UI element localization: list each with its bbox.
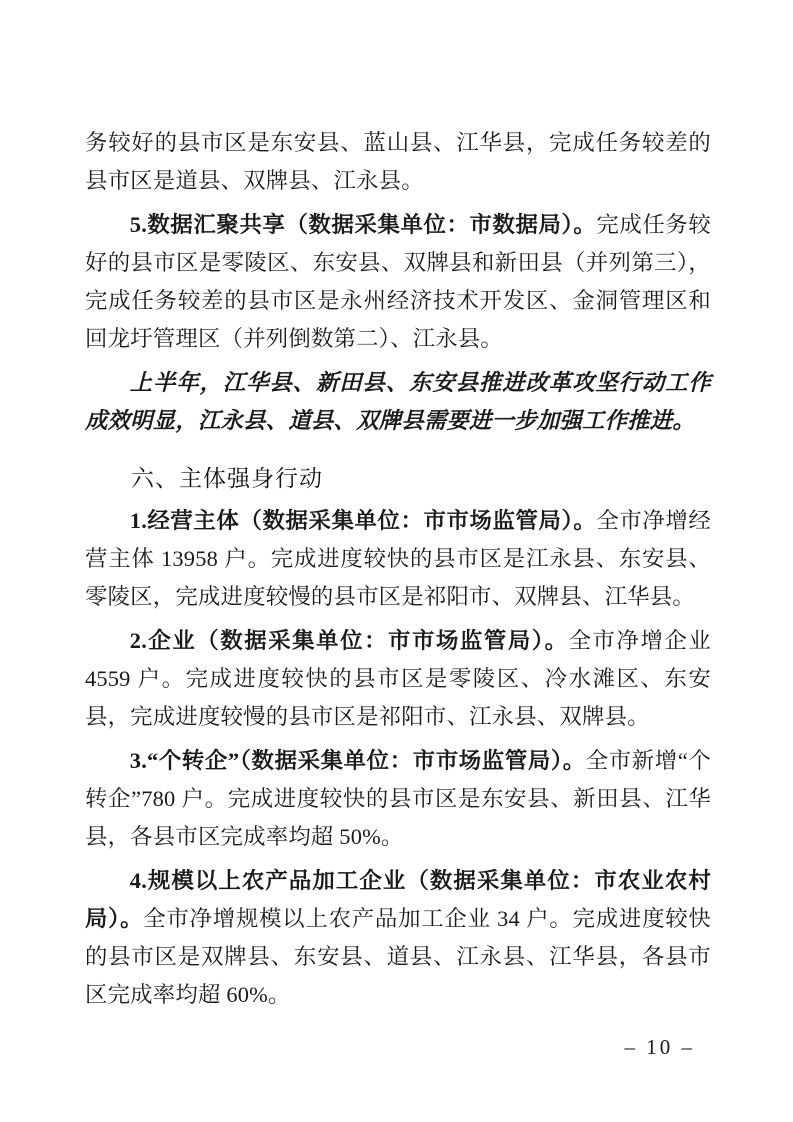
paragraph-carryover: 务较好的县市区是东安县、蓝山县、江华县，完成任务较差的县市区是道县、双牌县、江永… [85, 124, 711, 200]
section-heading-text: 六、主体强身行动 [131, 466, 323, 492]
item-lead-in-bold: 1.经营主体（数据采集单位：市市场监管局）。 [130, 508, 597, 533]
paragraph-text: 全市净增规模以上农产品加工企业 34 户。完成进度较快的县市区是双牌县、东安县、… [85, 906, 711, 1007]
item-lead-in-bold: 5.数据汇聚共享（数据采集单位：市数据局）。 [130, 212, 597, 237]
page-number: – 10 – [625, 1035, 696, 1059]
document-body: 务较好的县市区是东安县、蓝山县、江华县，完成任务较差的县市区是道县、双牌县、江永… [85, 124, 711, 1020]
paragraph-item-3-individual-to-enterprise: 3.“个转企”（数据采集单位：市市场监管局）。全市新增“个转企”780 户。完成… [85, 742, 711, 856]
paragraph-item-4-agri-processing: 4.规模以上农产品加工企业（数据采集单位：市农业农村局）。全市净增规模以上农产品… [85, 862, 711, 1014]
paragraph-halfyear-summary: 上半年，江华县、新田县、东安县推进改革攻坚行动工作成效明显，江永县、道县、双牌县… [85, 364, 711, 440]
paragraph-item-1-business-entities: 1.经营主体（数据采集单位：市市场监管局）。全市净增经营主体 13958 户。完… [85, 502, 711, 616]
paragraph-text: 务较好的县市区是东安县、蓝山县、江华县，完成任务较差的县市区是道县、双牌县、江永… [85, 130, 711, 193]
item-lead-in-bold: 2.企业（数据采集单位：市市场监管局）。 [130, 628, 569, 653]
emphasis-text: 上半年，江华县、新田县、东安县推进改革攻坚行动工作成效明显，江永县、道县、双牌县… [85, 370, 711, 433]
section-heading: 六、主体强身行动 [85, 460, 711, 498]
item-lead-in-bold: 3.“个转企”（数据采集单位：市市场监管局）。 [130, 748, 586, 773]
document-page: 务较好的县市区是东安县、蓝山县、江华县，完成任务较差的县市区是道县、双牌县、江永… [0, 0, 793, 1122]
paragraph-item-2-enterprises: 2.企业（数据采集单位：市市场监管局）。全市净增企业 4559 户。完成进度较快… [85, 622, 711, 736]
paragraph-item-5-data-sharing: 5.数据汇聚共享（数据采集单位：市数据局）。完成任务较好的县市区是零陵区、东安县… [85, 206, 711, 358]
